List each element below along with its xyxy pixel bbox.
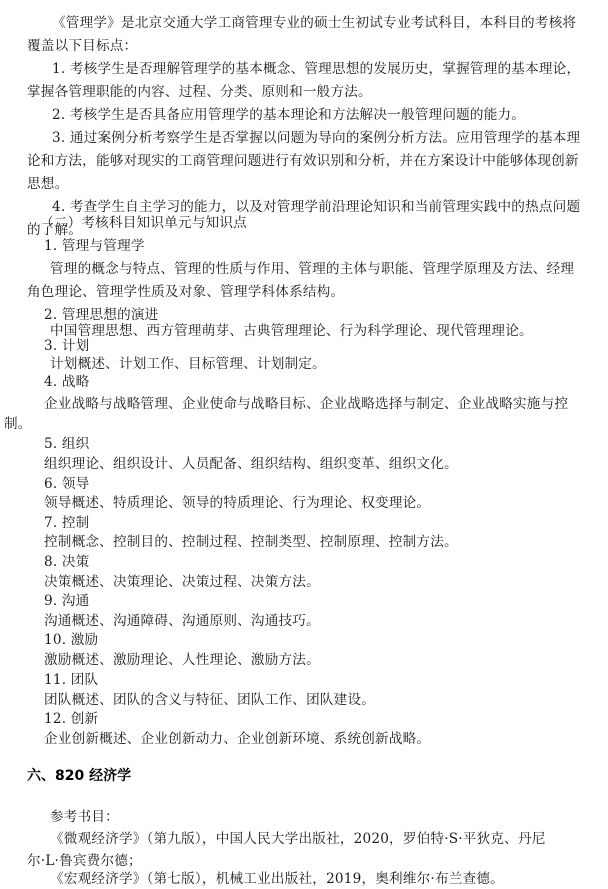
unit-content: 中国管理思想、西方管理萌芽、古典管理理论、行为科学理论、现代管理理论。 — [50, 322, 533, 340]
unit-content: 领导概述、特质理论、领导的特质理论、行为理论、权变理论。 — [44, 494, 430, 512]
unit-title: 5. 组织 — [44, 435, 89, 453]
section-heading: 六、820 经济学 — [27, 767, 131, 785]
section-title: （二）考核科目知识单元与知识点 — [40, 214, 247, 232]
unit-title: 6. 领导 — [44, 475, 89, 493]
unit-title: 9. 沟通 — [44, 592, 89, 610]
objective-3-cont: 论和方法，能够对现实的工商管理问题进行有效识别和分析，并在方案设计中能够体现创新 — [27, 152, 579, 170]
objective-1-cont: 掌握各管理职能的内容、过程、分类、原则和一般方法。 — [27, 83, 372, 101]
unit-content: 沟通概述、沟通障碍、沟通原则、沟通技巧。 — [44, 612, 320, 630]
unit-content: 决策概述、决策理论、决策过程、决策方法。 — [44, 573, 320, 591]
unit-content: 团队概述、团队的含义与特征、团队工作、团队建设。 — [44, 691, 375, 709]
unit-content: 激励概述、激励理论、人性理论、激励方法。 — [44, 651, 320, 669]
objective-3-cont: 思想。 — [27, 175, 68, 193]
intro-line: 覆盖以下目标点： — [27, 37, 137, 55]
unit-content: 控制概念、控制目的、控制过程、控制类型、控制原理、控制方法。 — [44, 533, 458, 551]
unit-content: 组织理论、组织设计、人员配备、组织结构、组织变革、组织文化。 — [44, 455, 458, 473]
unit-content: 计划概述、计划工作、目标管理、计划制定。 — [50, 355, 326, 373]
reference-book-cont: 尔·L·鲁宾费尔德； — [27, 852, 142, 870]
unit-title: 4. 战略 — [44, 373, 89, 391]
unit-content: 管理的概念与特点、管理的性质与作用、管理的主体与职能、管理学原理及方法、经理 — [50, 260, 574, 278]
unit-content: 角色理论、管理学性质及对象、管理学科体系结构。 — [27, 283, 344, 301]
intro-line: 《管理学》是北京交通大学工商管理专业的硕士生初试专业考试科目，本科目的考核将 — [52, 14, 576, 32]
reference-label: 参考书目： — [50, 808, 119, 826]
reference-book: 《宏观经济学》（第七版），机械工业出版社，2019，奥利维尔·布兰查德。 — [50, 870, 504, 888]
unit-title: 3. 计划 — [44, 337, 89, 355]
unit-title: 8. 决策 — [44, 553, 89, 571]
unit-title: 12. 创新 — [44, 710, 98, 728]
unit-title: 1. 管理与管理学 — [44, 237, 145, 255]
objective-2: 2. 考核学生是否具备应用管理学的基本理论和方法解决一般管理问题的能力。 — [52, 106, 525, 124]
objective-3: 3. 通过案例分析考察学生是否掌握以问题为导向的案例分析方法。应用管理学的基本理 — [52, 129, 580, 147]
objective-1: 1. 考核学生是否理解管理学的基本概念、管理思想的发展历史，掌握管理的基本理论， — [52, 60, 580, 78]
unit-title: 10. 激励 — [44, 631, 98, 649]
unit-title: 11. 团队 — [44, 671, 98, 689]
unit-content: 企业创新概述、企业创新动力、企业创新环境、系统创新战略。 — [44, 730, 430, 748]
unit-content: 企业战略与战略管理、企业使命与战略目标、企业战略选择与制定、企业战略实施与控 — [44, 395, 568, 413]
unit-title: 7. 控制 — [44, 514, 89, 532]
unit-content: 制。 — [4, 415, 32, 433]
reference-book: 《微观经济学》（第九版），中国人民大学出版社，2020，罗伯特·S·平狄克、丹尼 — [50, 830, 546, 848]
